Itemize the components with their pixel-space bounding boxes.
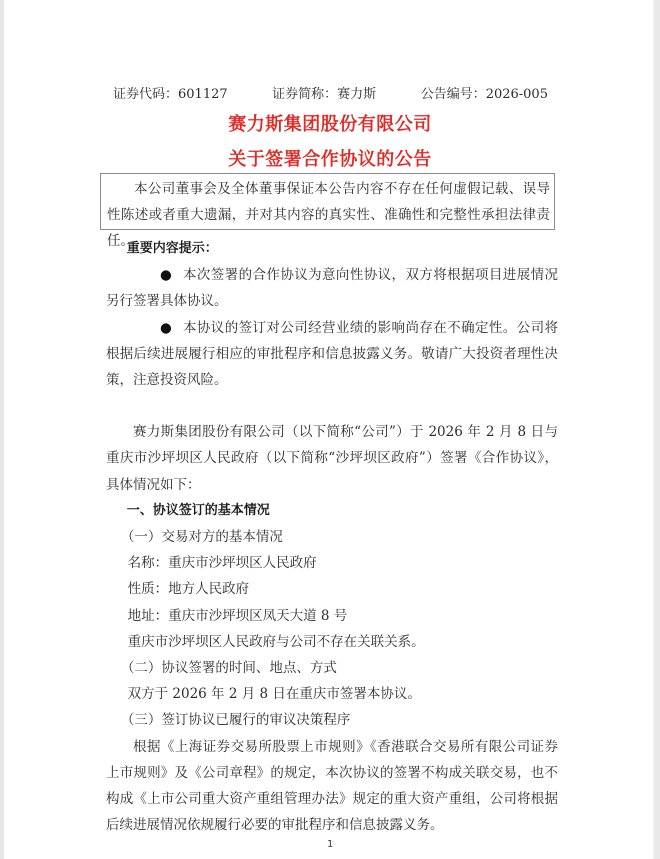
paragraph-gap [106,393,558,419]
counterparty-relation: 重庆市沙坪坝区人民政府与公司不存在关联关系。 [106,629,558,655]
announcement-meta-row: 证券代码：601127 证券简称：赛力斯 公告编号：2026-005 [113,84,548,106]
bullet-icon: ● [133,262,172,288]
subsection-1-heading: （一）交易对方的基本情况 [106,524,558,550]
section-1-heading: 一、协议签订的基本情况 [106,498,558,524]
page-number: 1 [0,839,660,850]
counterparty-address: 地址：重庆市沙坪坝区凤天大道 8 号 [106,603,558,629]
key-points-heading: 重要内容提示： [106,236,558,262]
approval-procedure-text: 根据《上海证券交易所股票上市规则》《香港联合交易所有限公司证券上市规则》及《公司… [106,734,558,839]
counterparty-nature: 性质：地方人民政府 [106,576,558,602]
stock-name: 证券简称：赛力斯 [272,84,376,106]
subsection-3-heading: （三）签订协议已履行的审议决策程序 [106,707,558,733]
board-guarantee-notice-box: 本公司董事会及全体董事保证本公告内容不存在任何虚假记载、误导性陈述或者重大遗漏，… [100,173,555,230]
announcement-number: 公告编号：2026-005 [421,84,548,106]
key-point-text: 本次签署的合作协议为意向性协议，双方将根据项目进展情况另行签署具体协议。 [106,267,558,309]
key-point-text: 本协议的签订对公司经营业绩的影响尚存在不确定性。公司将根据后续进展履行相应的审批… [106,320,558,388]
signing-details: 双方于 2026 年 2 月 8 日在重庆市签署本协议。 [106,681,558,707]
intro-paragraph: 赛力斯集团股份有限公司（以下简称“公司”）于 2026 年 2 月 8 日与重庆… [106,419,558,498]
stock-code: 证券代码：601127 [113,84,228,106]
company-title: 赛力斯集团股份有限公司 [0,110,660,136]
announcement-title: 关于签署合作协议的公告 [0,145,660,171]
document-body: 重要内容提示： ●本次签署的合作协议为意向性协议，双方将根据项目进展情况另行签署… [106,236,558,838]
bullet-icon: ● [133,315,172,341]
subsection-2-heading: （二）协议签署的时间、地点、方式 [106,655,558,681]
counterparty-name: 名称：重庆市沙坪坝区人民政府 [106,550,558,576]
key-point-item: ●本协议的签订对公司经营业绩的影响尚存在不确定性。公司将根据后续进展履行相应的审… [106,315,558,394]
key-point-item: ●本次签署的合作协议为意向性协议，双方将根据项目进展情况另行签署具体协议。 [106,262,558,314]
